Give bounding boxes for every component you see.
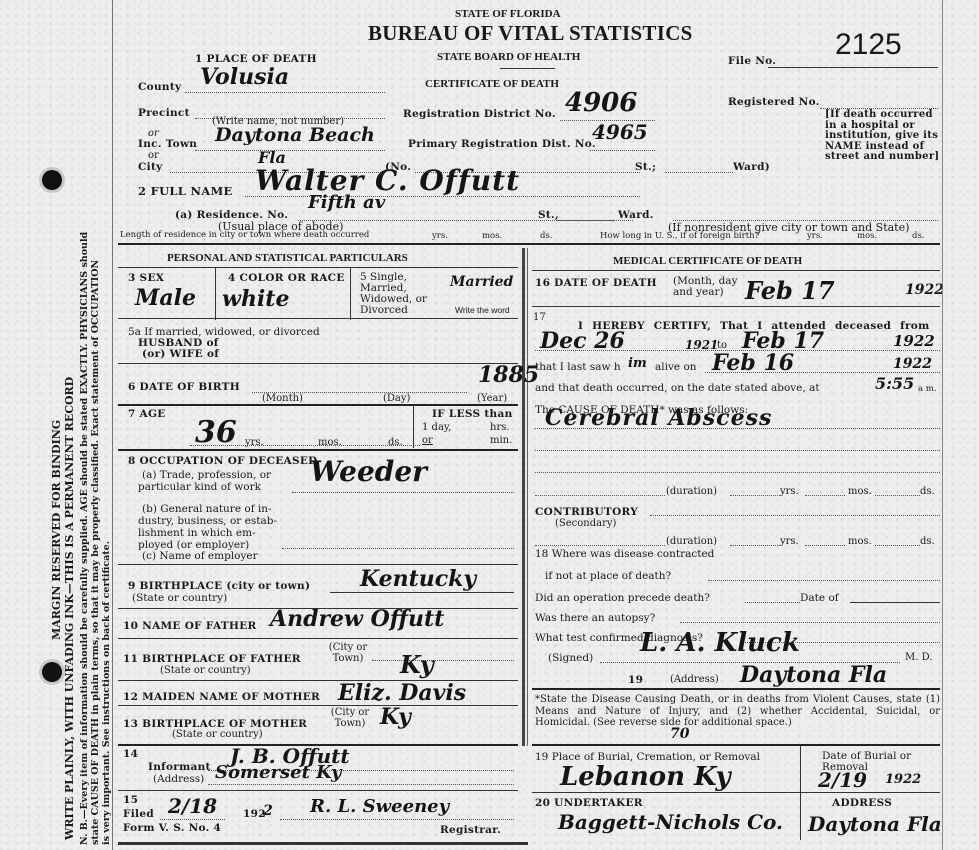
if-not-at-place-label: if not at place of death? — [545, 570, 671, 582]
punch-hole-top — [42, 170, 62, 190]
dob-month-label: (Month) — [262, 393, 303, 404]
where-contracted-label: 18 Where was disease contracted — [535, 548, 714, 560]
length-ds: ds. — [540, 231, 553, 241]
min-label: min. — [490, 435, 512, 446]
duration-ds-2: ds. — [920, 536, 935, 547]
file-number: 2125 — [835, 28, 902, 62]
bottom-edge — [118, 842, 528, 845]
age-mos-label: mos. — [318, 437, 342, 448]
industry-label-2: dustry, business, or estab- — [138, 515, 277, 527]
undertaker-address-label: ADDRESS — [832, 797, 892, 809]
margin-ink-note: WRITE PLAINLY, WITH UNFADING INK—THIS IS… — [63, 377, 76, 840]
undertaker-value: Baggett-Nichols Co. — [558, 810, 783, 834]
mother-birthplace-sub: (State or country) — [172, 729, 263, 740]
column-divider — [522, 248, 525, 746]
duration-mos-1: mos. — [848, 486, 872, 497]
or-less-label: or — [422, 435, 433, 446]
physician-address-value: Daytona Fla — [740, 662, 887, 688]
industry-label-1: (b) General nature of in- — [142, 503, 272, 515]
length-mos: mos. — [482, 231, 502, 241]
race-value: white — [222, 286, 289, 312]
burial-date-value: 2/19 — [818, 768, 867, 792]
board-label: STATE BOARD OF HEALTH — [437, 51, 580, 63]
informant-address-value: Somerset Ky — [215, 762, 341, 783]
md-label: M. D. — [905, 652, 932, 663]
right-border — [942, 0, 943, 850]
hospital-note: [If death occurred in a hospital or inst… — [825, 110, 940, 163]
hrs-label: hrs. — [490, 422, 510, 433]
county-label: County — [138, 81, 181, 93]
ward-label: Ward) — [733, 161, 770, 173]
physician-address-label: (Address) — [670, 674, 719, 685]
full-name-value: Walter C. Offutt — [255, 164, 520, 197]
medical-section-title: MEDICAL CERTIFICATE OF DEATH — [613, 255, 802, 267]
mother-city-or-town: (City or Town) — [325, 707, 375, 729]
marital-note: Write the word — [455, 305, 510, 315]
birthplace-sub: (State or country) — [132, 592, 227, 604]
burial-year-value: 1922 — [885, 772, 921, 787]
registration-district-value: 4906 — [565, 88, 637, 118]
dob-day-label: (Day) — [383, 393, 410, 404]
state-label: STATE OF FLORIDA — [455, 8, 561, 20]
last-saw-pronoun: im — [628, 356, 647, 371]
dob-year: 1885 — [478, 362, 539, 388]
father-birthplace-value: Ky — [400, 650, 434, 679]
industry-label-3: lishment in which em- — [138, 527, 256, 539]
age-ds-label: ds. — [388, 437, 403, 448]
inc-town-value: Daytona Beach — [215, 124, 375, 146]
dob-label: 6 DATE OF BIRTH — [128, 381, 240, 393]
death-time-label: and that death occurred, on the date sta… — [535, 382, 820, 394]
filed-label: Filed — [123, 808, 154, 820]
occupation-label: 8 OCCUPATION OF DECEASED — [128, 455, 318, 467]
header-divider — [500, 68, 555, 69]
length-residence-label: Length of residence in city or town wher… — [120, 230, 369, 240]
undertaker-address-value: Daytona Fla — [808, 812, 942, 836]
duration-label-2: (duration) — [666, 536, 717, 547]
undertaker-label: 20 UNDERTAKER — [535, 797, 643, 809]
length-yrs: yrs. — [432, 231, 448, 241]
residence-value: Fifth av — [308, 192, 385, 213]
punch-hole-bottom — [42, 662, 62, 682]
death-time-value: 5:55 — [875, 374, 914, 393]
county-value: Volusia — [200, 64, 289, 90]
footnote-mark: 70 — [670, 726, 689, 742]
date-of-death-sub: (Month, day and year) — [673, 276, 753, 298]
cause-of-death-value: Cerebral Abscess — [545, 405, 772, 431]
informant-number: 14 — [123, 748, 138, 760]
sex-value: Male — [135, 285, 196, 311]
father-city-or-town: (City or Town) — [323, 642, 373, 664]
duration-label-1: (duration) — [666, 486, 717, 497]
secondary-label: (Secondary) — [555, 518, 616, 529]
informant-address-label: (Address) — [153, 773, 204, 785]
marital-value: Married — [450, 274, 513, 290]
death-certificate: MARGIN RESERVED FOR BINDING WRITE PLAINL… — [0, 0, 979, 850]
date-of-death-label: 16 DATE OF DEATH — [535, 277, 657, 289]
physician-signature: L. A. Kluck — [640, 628, 800, 658]
certificate-label: CERTIFICATE OF DEATH — [425, 78, 559, 90]
st-label: St.; — [635, 161, 656, 173]
age-label: 7 AGE — [128, 408, 166, 420]
if-less-label: IF LESS than — [432, 408, 513, 420]
alive-on-label: alive on — [655, 361, 697, 373]
city-label: City — [138, 161, 163, 173]
birthplace-value: Kentucky — [360, 566, 476, 592]
duration-yrs-1: yrs. — [780, 486, 799, 497]
cause-footnote: *State the Disease Causing Death, or in … — [535, 694, 940, 729]
filed-year: 2 — [263, 803, 273, 819]
how-long-us-label: How long in U. S., if of foreign birth? — [600, 231, 759, 241]
margin-instructions-3: is very important. See instructions on b… — [100, 541, 113, 845]
registration-district-label: Registration District No. — [403, 108, 556, 120]
registrar-label: Registrar. — [440, 824, 501, 836]
filed-number: 15 — [123, 794, 138, 806]
father-name-value: Andrew Offutt — [270, 606, 444, 632]
precinct-label: Precinct — [138, 107, 190, 119]
primary-registration-label: Primary Registration Dist. No. — [408, 138, 596, 150]
trade-value: Weeder — [310, 455, 427, 488]
attended-from: Dec 26 — [540, 328, 625, 354]
bureau-title: BUREAU OF VITAL STATISTICS — [368, 21, 693, 46]
date-of-death-value: Feb 17 — [745, 276, 835, 305]
form-number: Form V. S. No. 4 — [123, 822, 221, 834]
last-saw-value: Feb 16 — [712, 350, 794, 376]
inc-town-label: Inc. Town — [138, 138, 197, 150]
cert-date-number: 19 — [628, 674, 643, 686]
personal-section-title: PERSONAL AND STATISTICAL PARTICULARS — [167, 252, 408, 264]
us-ds: ds. — [912, 231, 925, 241]
mother-birthplace-value: Ky — [380, 704, 411, 730]
residence-ward-label: Ward. — [618, 209, 654, 221]
us-yrs: yrs. — [807, 231, 823, 241]
header-bottom-rule — [118, 243, 940, 245]
informant-label: Informant — [148, 761, 211, 773]
full-name-label: 2 FULL NAME — [138, 184, 233, 198]
father-birthplace-sub: (State or country) — [160, 665, 251, 676]
sex-label: 3 SEX — [128, 272, 164, 284]
mother-name-label: 12 MAIDEN NAME OF MOTHER — [123, 691, 320, 703]
burial-place-value: Lebanon Ky — [560, 762, 731, 792]
trade-label-2: particular kind of work — [138, 481, 261, 493]
employer-label: (c) Name of employer — [142, 550, 258, 562]
duration-ds-1: ds. — [920, 486, 935, 497]
duration-mos-2: mos. — [848, 536, 872, 547]
mother-name-value: Eliz. Davis — [338, 680, 466, 706]
race-label: 4 COLOR OR RACE — [228, 272, 345, 284]
autopsy-label: Was there an autopsy? — [535, 612, 655, 624]
filed-date: 2/18 — [168, 794, 217, 818]
registered-no-label: Registered No. — [728, 96, 820, 108]
contributory-label: CONTRIBUTORY — [535, 506, 638, 518]
duration-yrs-2: yrs. — [780, 536, 799, 547]
birthplace-label: 9 BIRTHPLACE (city or town) — [128, 580, 310, 592]
margin-binding-note: MARGIN RESERVED FOR BINDING — [50, 420, 63, 640]
day-label: 1 day, — [422, 422, 451, 433]
trade-label-1: (a) Trade, profession, or — [142, 469, 271, 481]
date-of-death-year: 1922 — [905, 282, 944, 298]
operation-label: Did an operation precede death? — [535, 592, 710, 604]
us-mos: mos. — [857, 231, 877, 241]
age-yrs-label: yrs. — [245, 437, 264, 448]
father-name-label: 10 NAME OF FATHER — [123, 620, 257, 632]
last-saw-label: that I last saw h — [535, 361, 621, 373]
attended-to-year: 1922 — [893, 332, 935, 350]
or-label-2: or — [148, 150, 159, 161]
marital-label: 5 Single, Married, Widowed, or Divorced — [360, 272, 440, 316]
operation-date-label: Date of — [800, 592, 839, 604]
primary-registration-value: 4965 — [592, 120, 648, 144]
dob-year-label: (Year) — [477, 393, 507, 404]
last-saw-year: 1922 — [893, 356, 932, 372]
spouse-label-3: (or) WIFE of — [142, 348, 219, 360]
registrar-signature: R. L. Sweeney — [310, 796, 449, 817]
father-birthplace-label: 11 BIRTHPLACE OF FATHER — [123, 653, 301, 665]
death-time-suffix: a m. — [918, 384, 937, 394]
signed-label: (Signed) — [548, 652, 593, 664]
item-17-number: 17 — [533, 312, 546, 323]
file-no-label: File No. — [728, 55, 776, 67]
